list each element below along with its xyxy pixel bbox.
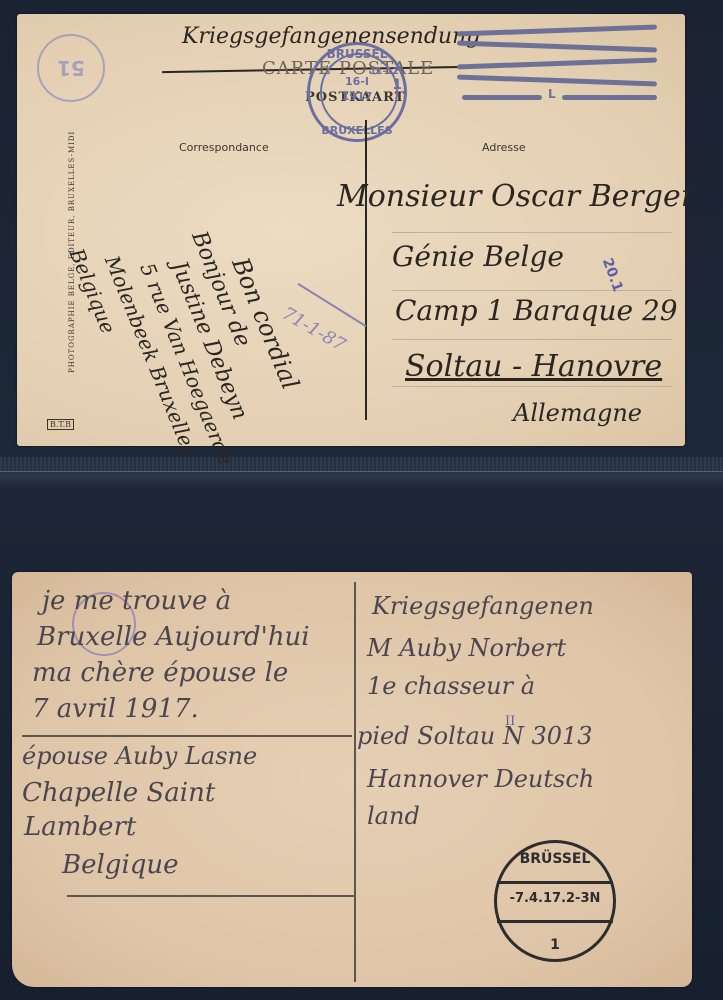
message-line: Bruxelle Aujourd'hui: [37, 622, 310, 652]
message-line: 7 avril 1917.: [32, 694, 199, 724]
address-line: Kriegsgefangenen: [372, 592, 594, 620]
address-line: Allemagne: [513, 399, 642, 427]
address-line: Monsieur Oscar Berger: [337, 179, 695, 214]
message-line: épouse Auby Lasne: [22, 742, 257, 770]
label-correspondance: Correspondance: [179, 141, 269, 154]
message-line: Lambert: [24, 812, 136, 842]
address-line: land: [367, 802, 420, 830]
message-line: Belgique: [62, 850, 179, 880]
address-line: Génie Belge: [392, 240, 564, 273]
message-line: ma chère épouse le: [32, 658, 288, 688]
censor-stamp-51: 51: [37, 34, 105, 102]
publisher-logo-btb: B.T.B: [47, 419, 74, 430]
postcard-front: Kriegsgefangenensendung CARTE POSTALE PO…: [17, 14, 685, 446]
postcard-back: je me trouve à Bruxelle Aujourd'hui ma c…: [12, 572, 692, 987]
divider-line: [365, 120, 367, 420]
header-handwritten: Kriegsgefangenensendung: [182, 24, 480, 49]
address-line: Soltau - Hanovre: [405, 349, 662, 384]
censor-date-blue: 20.1: [599, 256, 626, 294]
postmark-brussel-german: BRÜSSEL -7.4.17.2-3N 1: [494, 840, 616, 962]
divider-line: [354, 582, 356, 982]
ruled-divider: [67, 895, 355, 897]
publisher-imprint: PHOTOGRAPHIE BELGE, EDITEUR, BRUXELLES-M…: [68, 93, 76, 373]
ruled-divider: [22, 735, 352, 737]
address-line: pied Soltau N 3013: [357, 722, 593, 750]
album-sleeve-edge: [0, 457, 723, 472]
label-adresse: Adresse: [482, 141, 526, 154]
message-line: je me trouve à: [42, 586, 231, 616]
address-line: Hannover Deutsch: [367, 765, 594, 793]
address-line: Camp 1 Baraque 29: [395, 294, 678, 327]
postmark-brussel-bruxelles: BRUSSEL 16-I 1917 11-12 1 BRUXELLES: [307, 42, 407, 142]
censor-blue-mark: II: [505, 714, 515, 729]
message-line: Chapelle Saint: [22, 778, 215, 808]
address-line: M Auby Norbert: [367, 634, 566, 662]
address-line: 1e chasseur à: [367, 672, 535, 700]
